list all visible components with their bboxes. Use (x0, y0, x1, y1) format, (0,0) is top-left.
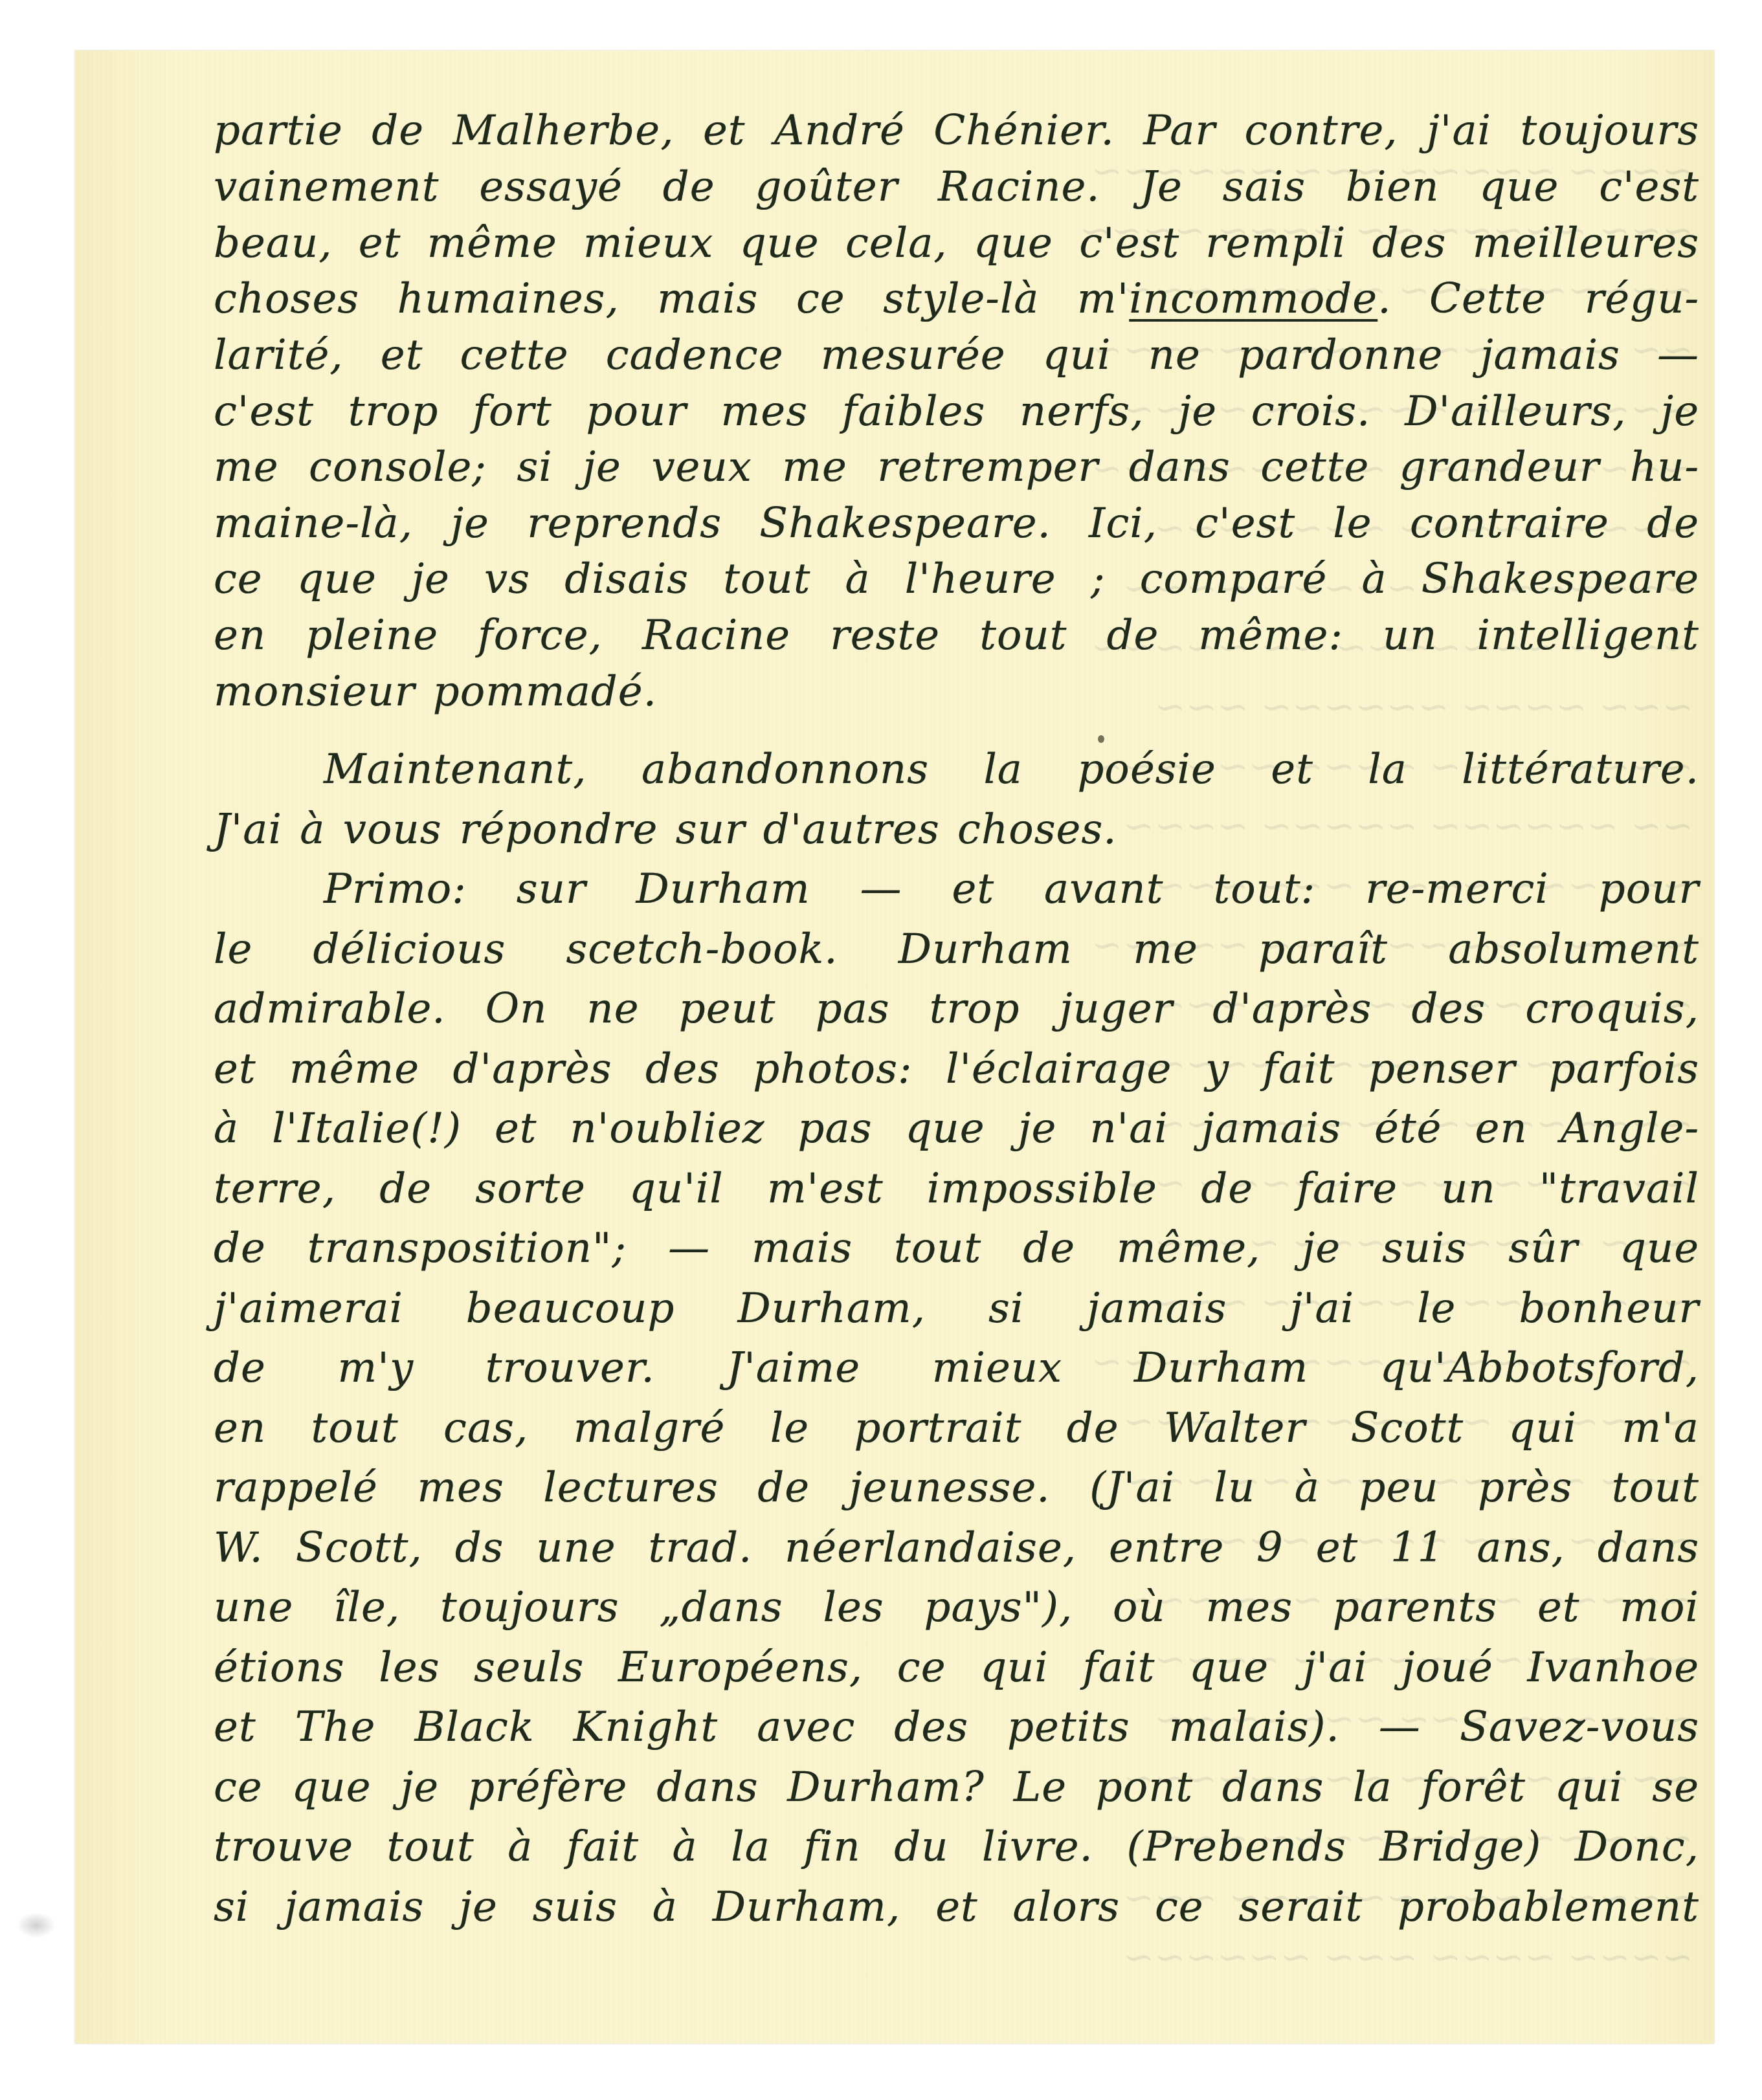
text-line: en tout cas, malgré le portrait de Walte… (214, 1404, 1699, 1464)
text-line: ce que je vs disais tout à l'heure ; com… (214, 555, 1699, 615)
text-line: et même d'après des photos: l'éclairage … (214, 1045, 1699, 1105)
text-line: terre, de sorte qu'il m'est impossible d… (214, 1165, 1699, 1224)
text-line-end: . Cette régu- (1377, 275, 1699, 323)
paragraph-start-line: Maintenant, abandonnons la poésie et la … (214, 746, 1699, 805)
text-line: rappelé mes lectures de jeunesse. (J'ai … (214, 1464, 1699, 1523)
text-line: de transposition"; — mais tout de même, … (214, 1224, 1699, 1284)
ink-spot (1098, 735, 1104, 743)
text-line: larité, et cette cadence mesurée qui ne … (214, 331, 1699, 391)
text-line: c'est trop fort pour mes faibles nerfs, … (214, 388, 1699, 447)
text-line: choses humaines, mais ce style-là m'inco… (214, 275, 1699, 335)
text-line: j'aimerai beaucoup Durham, si jamais j'a… (214, 1285, 1699, 1344)
text-line: W. Scott, ds une trad. néerlandaise, ent… (214, 1524, 1699, 1584)
text-line: admirable. On ne peut pas trop juger d'a… (214, 985, 1699, 1044)
text-line: et The Black Knight avec des petits mala… (214, 1703, 1699, 1763)
text-line: de m'y trouver. J'aime mieux Durham qu'A… (214, 1344, 1699, 1404)
underlined-word: incommode (1129, 275, 1377, 323)
text-line: me console; si je veux me retremper dans… (214, 443, 1699, 503)
text-line: le délicious scetch-book. Durham me para… (214, 925, 1699, 985)
scan-smudge (17, 1912, 56, 1938)
text-line: en pleine force, Racine reste tout de mê… (214, 612, 1699, 671)
text-line: J'ai à vous répondre sur d'autres choses… (214, 806, 1699, 865)
text-line: trouve tout à fait à la fin du livre. (P… (214, 1823, 1699, 1883)
text-line: vainement essayé de goûter Racine. Je sa… (214, 163, 1699, 223)
text-line: monsieur pommadé. (214, 668, 1699, 727)
text-line: à l'Italie(!) et n'oubliez pas que je n'… (214, 1105, 1699, 1164)
text-line: beau, et même mieux que cela, que c'est … (214, 219, 1699, 279)
text-line: ce que je préfère dans Durham? Le pont d… (214, 1763, 1699, 1823)
text-line: si jamais je suis à Durham, et alors ce … (214, 1883, 1699, 1943)
text-line: étions les seuls Européens, ce qui fait … (214, 1644, 1699, 1703)
text-line: une île, toujours „dans les pays"), où m… (214, 1584, 1699, 1643)
text-line: maine-là, je reprends Shakespeare. Ici, … (214, 500, 1699, 559)
paragraph-start-line: Primo: sur Durham — et avant tout: re-me… (214, 865, 1699, 925)
text-line: partie de Malherbe, et André Chénier. Pa… (214, 107, 1699, 166)
scanned-document: ~~~~ ~~~~~ ~~~ ~~~~~~ ~~~ ~~~~~ ~~ ~~~~ … (0, 0, 1762, 2100)
text-line-start: choses humaines, mais ce style-là m' (214, 275, 1129, 323)
